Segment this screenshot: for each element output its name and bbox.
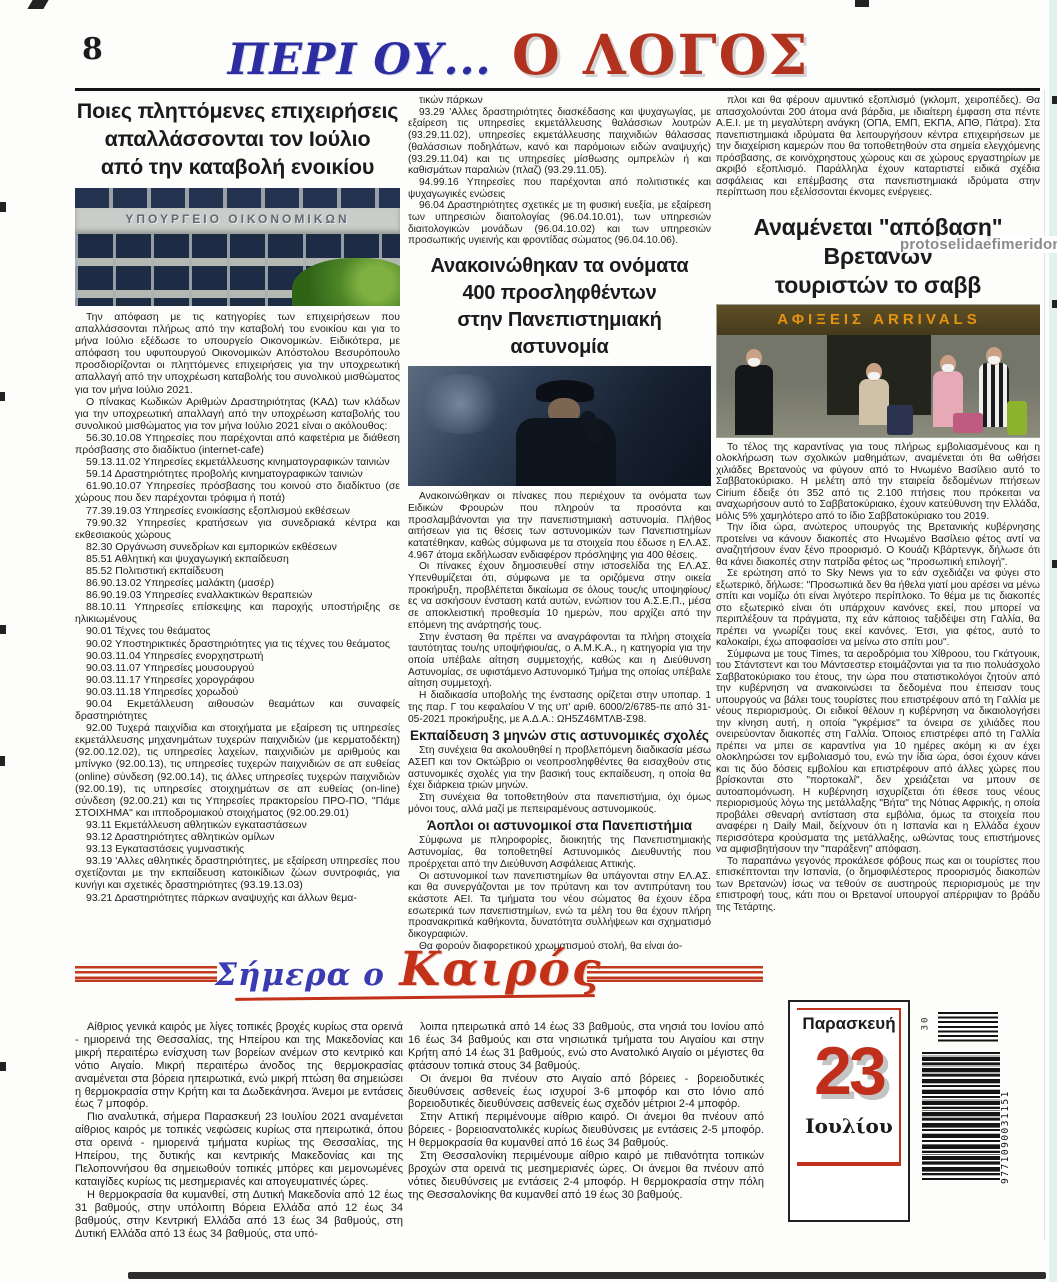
paragraph: πλοι και θα φέρουν αμυντικό εξοπλισμό (γ… <box>716 95 1040 199</box>
tearoff-calendar: Παρασκευή 23 Ιουλίου <box>788 1000 910 1222</box>
headline-line: από την καταβολή ενοικίου <box>75 153 400 181</box>
weather-title-main: Καιρός <box>399 942 602 997</box>
calendar-date: 23 <box>790 1032 908 1110</box>
paragraph: 93.29 'Αλλες δραστηριότητες διασκέδασης … <box>408 107 711 177</box>
ministry-building-photo: ΥΠΟΥΡΓΕΙΟ ΟΙΚΟΝΟΜΙΚΩΝ <box>75 188 400 306</box>
scan-artifact <box>855 0 869 7</box>
red-rule-left <box>75 966 217 982</box>
arrivals-sign-text: ΑΦΙΞΕΙΣ ARRIVALS <box>777 311 980 328</box>
barcode-main-bars <box>922 1052 1000 1180</box>
site-watermark: protoselidaefimeridon.gr <box>897 236 1057 253</box>
article-police-headline: Ανακοινώθηκαν τα ονόματα 400 προσληφθέντ… <box>408 253 711 361</box>
paragraph: Αίθριος γενικά καιρός με λίγες τοπικές β… <box>75 1021 403 1111</box>
weather-column-2: λοιπα ηπειρωτικά από 14 έως 33 βαθμούς, … <box>408 1021 764 1263</box>
paragraph: Σύμφωνα με τους Times, τα αεροδρόμια του… <box>716 649 1040 856</box>
scan-edge-tint <box>1049 0 1057 1282</box>
weather-title-script: Σήμερα ο <box>215 957 385 993</box>
paragraph: 93.12 Δραστηριότητες αθλητικών ομίλων <box>75 831 400 843</box>
paragraph: Το τέλος της καραντίνας για τους πλήρως … <box>716 442 1040 523</box>
scan-artifact <box>0 1062 6 1071</box>
airport-arrivals-photo: ΑΦΙΞΕΙΣ ARRIVALS <box>716 304 1040 438</box>
police-subhead-training: Εκπαίδευση 3 μηνών στις αστυνομικές σχολ… <box>408 728 711 743</box>
traveler-figure <box>979 347 1009 427</box>
headline-line: στην Πανεπιστημιακή αστυνομία <box>408 307 711 361</box>
masthead-paper-title: Ο ΛΟΓΟΣ <box>512 22 810 87</box>
paragraph: λοιπα ηπειρωτικά από 14 έως 33 βαθμούς, … <box>408 1021 764 1073</box>
traveler-figure <box>859 363 889 425</box>
issue-barcode: 30 9771090031151 <box>916 1004 1020 1188</box>
paragraph: 90.03.11.07 Υπηρεσίες μουσουργού <box>75 662 400 674</box>
weather-header: Σήμερα ο Καιρός <box>75 946 763 1006</box>
paragraph: Στη συνέχεια θα ακολουθηθεί η προβλεπόμε… <box>408 745 711 792</box>
weather-column-1: Αίθριος γενικά καιρός με λίγες τοπικές β… <box>75 1021 403 1263</box>
calendar-weekday: Παρασκευή <box>790 1014 908 1034</box>
article-rent-body: Την απόφαση με τις κατηγορίες των επιχει… <box>75 311 400 904</box>
paragraph: Την απόφαση με τις κατηγορίες των επιχει… <box>75 311 400 396</box>
paragraph: Η θερμοκρασία θα κυμανθεί, στη Δυτική Μα… <box>75 1189 403 1241</box>
headline-line: Ανακοινώθηκαν τα ονόματα <box>408 253 711 280</box>
luggage <box>887 405 913 435</box>
article-police-column: τικών πάρκων93.29 'Αλλες δραστηριότητες … <box>408 95 711 953</box>
paragraph: 59.13.11.02 Υπηρεσίες εκμετάλλευσης κινη… <box>75 456 400 468</box>
scan-artifact <box>27 0 48 9</box>
scan-bottom-bar <box>128 1272 1046 1279</box>
article-rent-continuation: τικών πάρκων93.29 'Αλλες δραστηριότητες … <box>408 95 711 247</box>
barcode-top-bars <box>938 1012 998 1042</box>
paragraph: 77.39.19.03 Υπηρεσίες ενοικίασης εξοπλισ… <box>75 505 400 517</box>
photo-highlight <box>416 374 506 434</box>
paragraph: 79.90.32 Υπηρεσίες κρατήσεων για συνεδρι… <box>75 517 400 541</box>
traveler-figure <box>735 349 773 435</box>
police-subhead-unarmed: Άοπλοι οι αστυνομικοί στα Πανεπιστήμια <box>408 818 711 833</box>
paragraph: 93.21 Δραστηριότητες πάρκων αναψυχής και… <box>75 892 400 904</box>
red-rule-right <box>587 966 763 982</box>
headline-line: τουριστών το σαββ <box>716 271 1040 300</box>
luggage <box>953 413 983 433</box>
scan-artifact <box>0 756 5 766</box>
paragraph: Στην Αττική περιμένουμε αίθριο καιρό. Οι… <box>408 1111 764 1150</box>
paragraph: Ο πίνακας Κωδικών Αριθμών Δραστηριότητας… <box>75 396 400 432</box>
building-upper-windows <box>75 188 400 208</box>
page-fold-line <box>1044 90 1045 1240</box>
paragraph: Ανακοινώθηκαν οι πίνακες που περιέχουν τ… <box>408 491 711 561</box>
barcode-digits: 9771090031151 <box>1000 1048 1011 1184</box>
paragraph: 59.14 Δραστηριότητες προβολής κινηματογρ… <box>75 468 400 480</box>
paragraph: 86.90.19.03 Υπηρεσίες εναλλακτικών θεραπ… <box>75 589 400 601</box>
paragraph: Την ίδια ώρα, ανώτερος υπουργός της Βρετ… <box>716 522 1040 568</box>
article-police-continuation: πλοι και θα φέρουν αμυντικό εξοπλισμό (γ… <box>716 95 1040 199</box>
paragraph: Στη συνέχεια θα τοποθετηθούν στα πανεπισ… <box>408 792 711 815</box>
article-tourists-body: Το τέλος της καραντίνας για τους πλήρως … <box>716 442 1040 914</box>
scan-artifact <box>0 202 6 212</box>
article-rent-column: Ποιες πληττόμενες επιχειρήσεις απαλλάσσο… <box>75 97 400 953</box>
paragraph: 92.00 Τυχερά παιχνίδια και στοιχήματα με… <box>75 722 400 819</box>
article-police-body3: Σύμφωνα με πληροφορίες, διοικητής της Πα… <box>408 835 711 952</box>
paragraph: Οι πίνακες έχουν δημοσιευθεί στην ιστοσε… <box>408 561 711 631</box>
article-tourists-headline: Αναμένεται "απόβαση" Βρετανών τουριστών … <box>716 213 1040 300</box>
paragraph: 56.30.10.08 Υπηρεσίες που παρέχονται από… <box>75 432 400 456</box>
paragraph: Το παραπάνω γεγονός προκάλεσε φόβους πως… <box>716 856 1040 914</box>
luggage <box>1007 401 1027 435</box>
police-officer-photo <box>408 366 711 486</box>
paragraph: 90.02 Υποστηρικτικές δραστηριότητες για … <box>75 638 400 650</box>
scan-artifact <box>0 625 6 634</box>
scan-artifact <box>1052 300 1057 308</box>
paragraph: 93.11 Εκμετάλλευση αθλητικών εγκαταστάσε… <box>75 819 400 831</box>
paragraph: 61.90.10.07 Υπηρεσίες πρόσβασης του κοιν… <box>75 480 400 504</box>
headline-line: απαλλάσσονται τον Ιούλιο <box>75 125 400 153</box>
paragraph: 86.90.13.02 Υπηρεσίες μαλάκτη (μασέρ) <box>75 577 400 589</box>
article-police-body: Ανακοινώθηκαν οι πίνακες που περιέχουν τ… <box>408 491 711 725</box>
paragraph: Σε ερώτηση από το Sky News για το εάν σχ… <box>716 568 1040 649</box>
paragraph: 90.01 Τέχνες του θεάματος <box>75 625 400 637</box>
paragraph: 93.19 'Αλλες αθλητικές δραστηριότητες, μ… <box>75 855 400 891</box>
calendar-month: Ιουλίου <box>790 1114 908 1138</box>
paragraph: Οι άνεμοι θα πνέουν στο Αιγαίο από βόρει… <box>408 1073 764 1112</box>
building-sign-text: ΥΠΟΥΡΓΕΙΟ ΟΙΚΟΝΟΜΙΚΩΝ <box>75 212 400 226</box>
article-police-body2: Στη συνέχεια θα ακολουθηθεί η προβλεπόμε… <box>408 745 711 815</box>
paragraph: Η διαδικασία υποβολής της ένστασης ορίζε… <box>408 690 711 725</box>
paragraph: τικών πάρκων <box>408 95 711 107</box>
arrivals-sign-band: ΑΦΙΞΕΙΣ ARRIVALS <box>717 305 1040 335</box>
paragraph: 94.99.16 Υπηρεσίες που παρέχονται από πο… <box>408 177 711 200</box>
scan-artifact <box>1052 96 1057 104</box>
header-rule <box>75 88 1040 91</box>
paragraph: 85.52 Πολιτιστική εκπαίδευση <box>75 565 400 577</box>
paragraph: 85.51 Αθλητική και ψυχαγωγική εκπαίδευση <box>75 553 400 565</box>
masthead: ΠΕΡΙ ΟΥ... Ο ΛΟΓΟΣ <box>0 22 1037 87</box>
paragraph: 93.13 Εγκαταστάσεις γυμναστικής <box>75 843 400 855</box>
masthead-section-title: ΠΕΡΙ ΟΥ... <box>228 35 492 85</box>
paragraph: Οι αστυνομικοί των πανεπιστημίων θα υπάγ… <box>408 871 711 941</box>
paragraph: 82.30 Οργάνωση συνεδρίων και εμπορικών ε… <box>75 541 400 553</box>
paragraph: 88.10.11 Υπηρεσίες επίσκεψης και παροχής… <box>75 601 400 625</box>
paragraph: Σύμφωνα με πληροφορίες, διοικητής της Πα… <box>408 835 711 870</box>
paragraph: Στην ένσταση θα πρέπει να αναγράφονται τ… <box>408 632 711 691</box>
paragraph: 96.04 Δραστηριότητες σχετικές με τη φυσι… <box>408 200 711 247</box>
paragraph: Πιο αναλυτικά, σήμερα Παρασκευή 23 Ιουλί… <box>75 1111 403 1188</box>
paragraph: 90.03.11.04 Υπηρεσίες ενορχηστρωτή <box>75 650 400 662</box>
paragraph: 90.04 Εκμετάλλευση αιθουσών θεαμάτων και… <box>75 698 400 722</box>
newspaper-page: 8 ΠΕΡΙ ΟΥ... Ο ΛΟΓΟΣ Ποιες πληττόμενες ε… <box>0 0 1057 1282</box>
scan-artifact <box>1052 560 1057 568</box>
weather-title: Σήμερα ο Καιρός <box>215 942 595 997</box>
paragraph: 90.03.11.17 Υπηρεσίες χορογράφου <box>75 674 400 686</box>
paragraph: Στη Θεσσαλονίκη περιμένουμε αίθριο καιρό… <box>408 1150 764 1202</box>
paragraph: 90.03.11.18 Υπηρεσίες χορωδού <box>75 686 400 698</box>
scan-artifact <box>0 392 5 401</box>
barcode-top-number: 30 <box>920 1016 930 1031</box>
article-rent-headline: Ποιες πληττόμενες επιχειρήσεις απαλλάσσο… <box>75 97 400 181</box>
headline-line: 400 προσληφθέντων <box>408 280 711 307</box>
article-tourists-column: πλοι και θα φέρουν αμυντικό εξοπλισμό (γ… <box>716 95 1040 947</box>
headline-line: Ποιες πληττόμενες επιχειρήσεις <box>75 97 400 125</box>
